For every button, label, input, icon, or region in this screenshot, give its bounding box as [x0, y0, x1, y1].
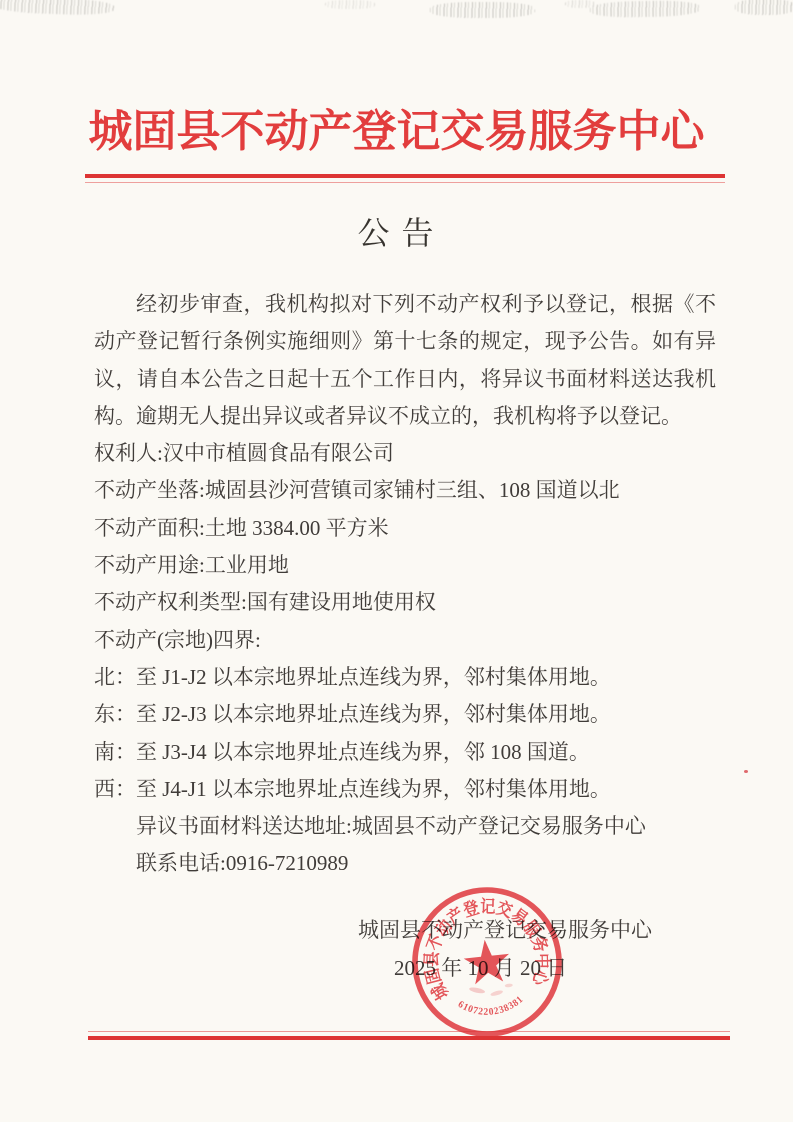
scan-noise [590, 0, 700, 18]
field-property-use: 不动产用途:工业用地 [94, 547, 716, 584]
body-line: 议，请自本公告之日起十五个工作日内，将异议书面材料送达我机 [94, 361, 716, 398]
notice-body: 经初步审查，我机构拟对下列不动产权利予以登记，根据《不 动产登记暂行条例实施细则… [94, 286, 716, 883]
official-seal-graphic: 城固县不动产登记交易服务中心 6107220238381 [399, 874, 575, 1050]
field-rights-holder: 权利人:汉中市植圆食品有限公司 [94, 435, 716, 472]
document-page: 城固县不动产登记交易服务中心 公 告 经初步审查，我机构拟对下列不动产权利予以登… [0, 0, 793, 1122]
seal-serial-number: 6107220238381 [455, 992, 527, 1021]
body-line: 经初步审查，我机构拟对下列不动产权利予以登记，根据《不 [94, 286, 716, 323]
scan-speck [744, 770, 748, 773]
field-property-location: 不动产坐落:城固县沙河营镇司家铺村三组、108 国道以北 [94, 472, 716, 509]
letterhead-rule-thick [85, 174, 725, 178]
boundary-west: 西：至 J4-J1 以本宗地界址点连线为界，邻村集体用地。 [94, 771, 716, 808]
field-contact-phone: 联系电话:0916-7210989 [94, 845, 716, 882]
letterhead-title: 城固县不动产登记交易服务中心 [0, 99, 793, 165]
footer-rule-thick [88, 1036, 730, 1040]
boundary-north: 北：至 J1-J2 以本宗地界址点连线为界，邻村集体用地。 [94, 659, 716, 696]
field-right-type: 不动产权利类型:国有建设用地使用权 [94, 584, 716, 621]
scan-noise [430, 2, 535, 18]
field-property-area: 不动产面积:土地 3384.00 平方米 [94, 510, 716, 547]
footer-rule-thin [88, 1031, 730, 1032]
scan-noise [0, 0, 114, 16]
boundary-east: 东：至 J2-J3 以本宗地界址点连线为界，邻村集体用地。 [94, 696, 716, 733]
body-line: 动产登记暂行条例实施细则》第十七条的规定，现予公告。如有异 [94, 323, 716, 360]
letterhead-rule-thin [85, 182, 725, 183]
field-objection-address: 异议书面材料送达地址:城固县不动产登记交易服务中心 [94, 808, 716, 845]
official-seal: 城固县不动产登记交易服务中心 6107220238381 [399, 874, 575, 1050]
body-line: 构。逾期无人提出异议或者异议不成立的，我机构将予以登记。 [94, 398, 716, 435]
notice-title: 公 告 [0, 208, 793, 254]
scan-noise [325, 0, 375, 9]
scan-noise [735, 0, 793, 15]
boundary-south: 南：至 J3-J4 以本宗地界址点连线为界，邻 108 国道。 [94, 734, 716, 771]
seal-star-icon [462, 937, 512, 985]
field-boundaries-heading: 不动产(宗地)四界: [94, 622, 716, 659]
